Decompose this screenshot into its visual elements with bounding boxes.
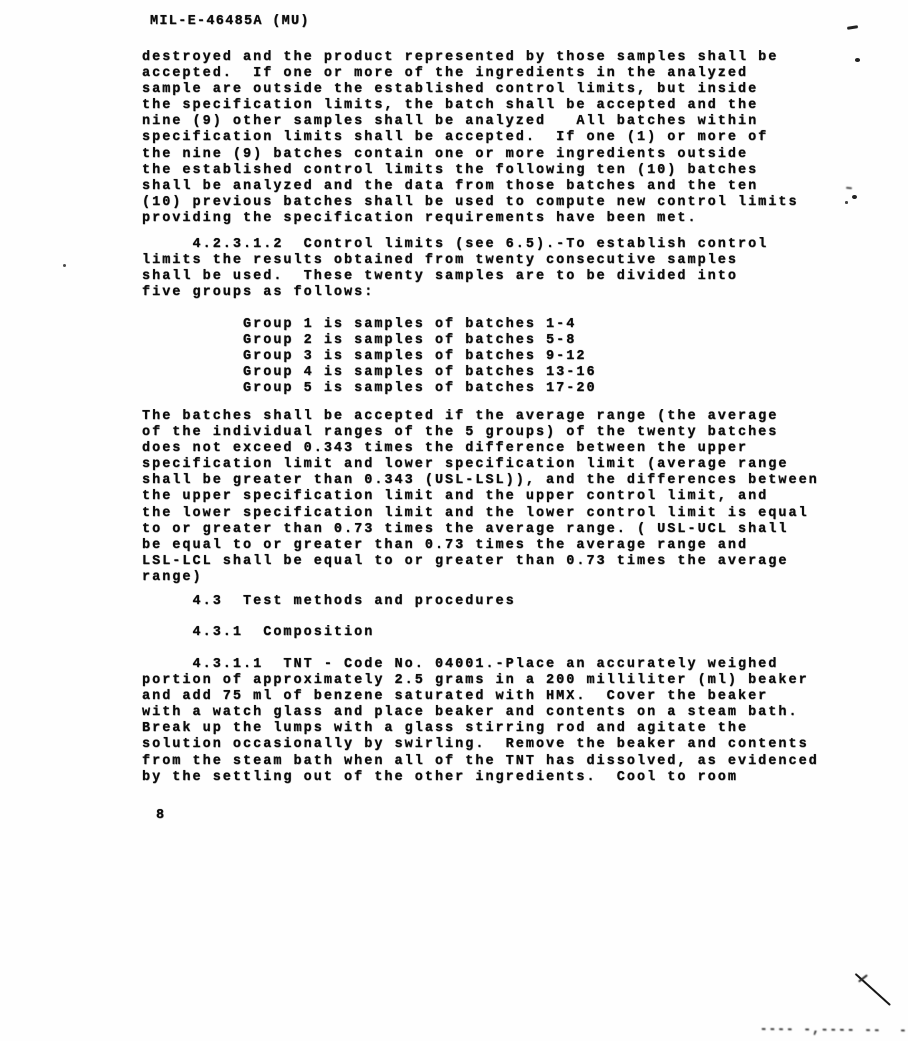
scan-artifact-bottom-dashes: ---- -,---- -- - -(: [760, 1021, 908, 1039]
doc-number: MIL-E-46485A (MU): [150, 14, 310, 30]
paragraph-sample-acceptance: destroyed and the product represented by…: [142, 50, 799, 227]
heading-composition: 4.3.1 Composition: [142, 625, 374, 641]
paragraph-tnt-procedure: 4.3.1.1 TNT - Code No. 04001.-Place an a…: [142, 657, 819, 786]
paragraph-batch-acceptance: The batches shall be accepted if the ave…: [142, 409, 819, 586]
scan-artifact-dot-top-right: [855, 58, 860, 62]
document-page: MIL-E-46485A (MU) destroyed and the prod…: [0, 0, 908, 1041]
scan-artifact-speck-right-3: [845, 201, 848, 204]
page-number: 8: [156, 808, 166, 824]
scan-artifact-speck-right-1: [846, 187, 852, 190]
paragraph-control-limits: 4.2.3.1.2 Control limits (see 6.5).-To e…: [142, 237, 768, 301]
scan-artifact-dash-top-right: [847, 25, 858, 29]
heading-test-methods: 4.3 Test methods and procedures: [142, 594, 516, 610]
group-list: Group 1 is samples of batches 1-4 Group …: [142, 317, 597, 397]
scan-artifact-dot-left: [63, 264, 66, 267]
scan-artifact-speck-right-2: [852, 195, 857, 199]
